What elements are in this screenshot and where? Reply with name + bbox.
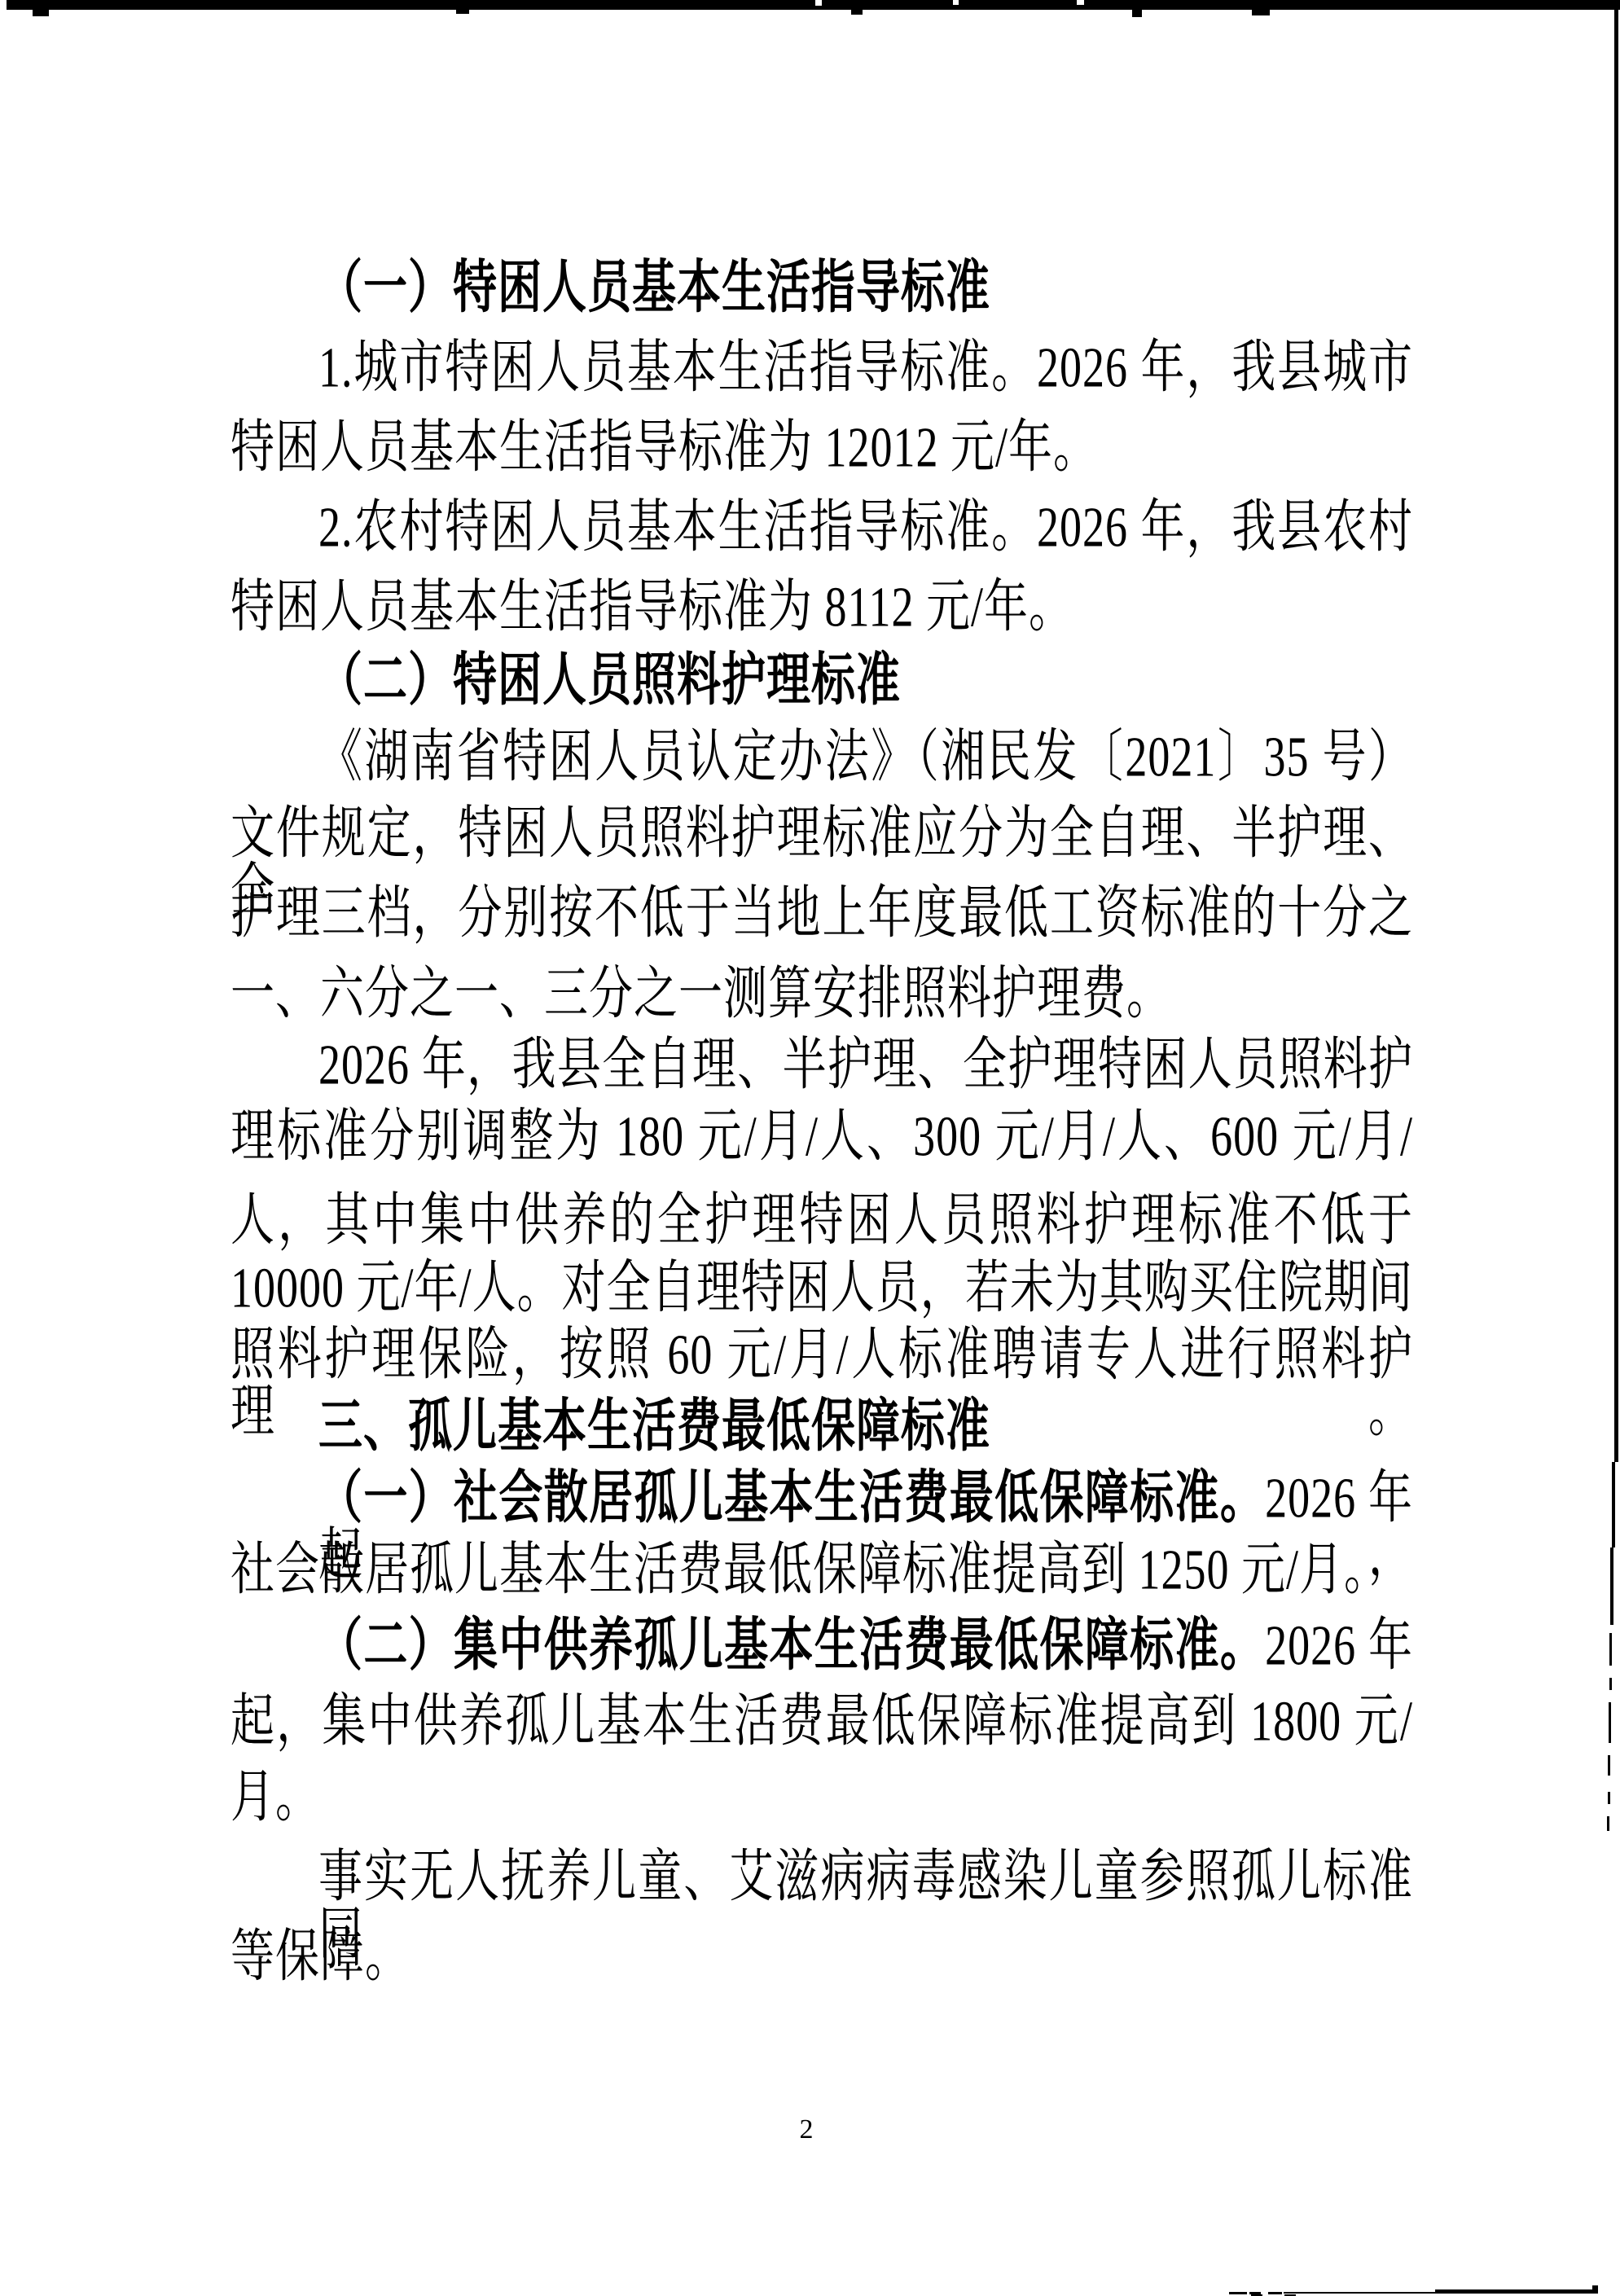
scan-artifact-top-bump xyxy=(851,10,863,15)
scan-artifact-right-dash xyxy=(1607,1816,1609,1831)
scan-artifact-bottom-end-tick xyxy=(1592,2285,1598,2290)
text-line: （二）集中供养孤儿基本生活费最低保障标准。2026 年 xyxy=(318,1617,1413,1674)
page-number: 2 xyxy=(757,2116,855,2144)
text-line: 1.城市特困人员基本生活指导标准。2026 年，我县城市 xyxy=(318,339,1413,396)
scan-artifact-top-bump xyxy=(1132,10,1142,17)
scan-artifact-right-dash xyxy=(1609,1702,1611,1743)
scan-artifact-right-dash xyxy=(1608,1792,1610,1804)
scan-artifact-right-dash xyxy=(1608,1755,1610,1776)
section-heading: 三、孤儿基本生活费最低保障标准 xyxy=(318,1398,1413,1455)
text-line: 人，其中集中供养的全护理特困人员照料护理标准不低于 xyxy=(230,1192,1413,1249)
text-line: 10000 元/年/人。对全自理特困人员，若未为其购买住院期间 xyxy=(230,1259,1413,1316)
text-line: 社会散居孤儿基本生活费最低保障标准提高到 1250 元/月。 xyxy=(230,1541,1413,1598)
scan-artifact-right-line-segment xyxy=(1610,1547,1613,1625)
text-line: 一、六分之一、三分之一测算安排照料护理费。 xyxy=(230,965,1413,1022)
text-line: 2.农村特困人员基本生活指导标准。2026 年，我县农村 xyxy=(318,498,1413,555)
scan-artifact-top-bump xyxy=(33,10,49,16)
scan-artifact-top-notch xyxy=(953,0,959,5)
scan-artifact-right-dash xyxy=(1609,1633,1612,1666)
scan-artifact-top-notch xyxy=(1077,0,1084,5)
text-line: 月。 xyxy=(230,1768,1413,1825)
scan-artifact-right-line-segment xyxy=(1612,1462,1615,1547)
scan-artifact-top-band xyxy=(7,0,1620,10)
scan-artifact-bottom-dash xyxy=(1229,2292,1247,2294)
text-line: 等保障。 xyxy=(230,1928,1413,1985)
text-line: 起，集中供养孤儿基本生活费最低保障标准提高到 1800 元/ xyxy=(230,1692,1413,1749)
text-line: 《湖南省特困人员认定办法》（湘民发〔2021〕35 号） xyxy=(318,728,1413,785)
scanned-document-page: （一）特困人员基本生活指导标准 1.城市特困人员基本生活指导标准。2026 年，… xyxy=(0,0,1620,2296)
text-line: 2026 年，我县全自理、半护理、全护理特困人员照料护 xyxy=(318,1036,1413,1093)
scan-artifact-top-notch xyxy=(815,0,822,6)
scan-artifact-right-dash xyxy=(1609,1678,1612,1690)
text-line: 特困人员基本生活指导标准为 8112 元/年。 xyxy=(230,578,1413,635)
run-in-heading: （二）集中供养孤儿基本生活费最低保障标准。 xyxy=(318,1613,1265,1677)
scan-artifact-bottom-line-thin xyxy=(1284,2292,1435,2294)
section-heading: （一）特困人员基本生活指导标准 xyxy=(318,259,1413,316)
text-line: 护理三档，分别按不低于当地上年度最低工资标准的十分之 xyxy=(230,885,1413,942)
scan-artifact-bottom-dash xyxy=(1268,2292,1282,2294)
scan-artifact-bottom-line-thick xyxy=(1435,2289,1598,2294)
scan-artifact-right-line xyxy=(1614,3,1618,1462)
text-line: 特困人员基本生活指导标准为 12012 元/年。 xyxy=(230,419,1413,476)
scan-artifact-top-bump xyxy=(456,10,469,14)
text-run: 2026 年 xyxy=(1265,1613,1413,1677)
run-in-heading: （一）社会散居孤儿基本生活费最低保障标准。 xyxy=(318,1466,1265,1530)
text-line: 理标准分别调整为 180 元/月/人、300 元/月/人、600 元/月/ xyxy=(230,1108,1413,1165)
scan-artifact-top-bump xyxy=(1252,10,1270,15)
section-heading: （二）特困人员照料护理标准 xyxy=(318,652,1413,709)
